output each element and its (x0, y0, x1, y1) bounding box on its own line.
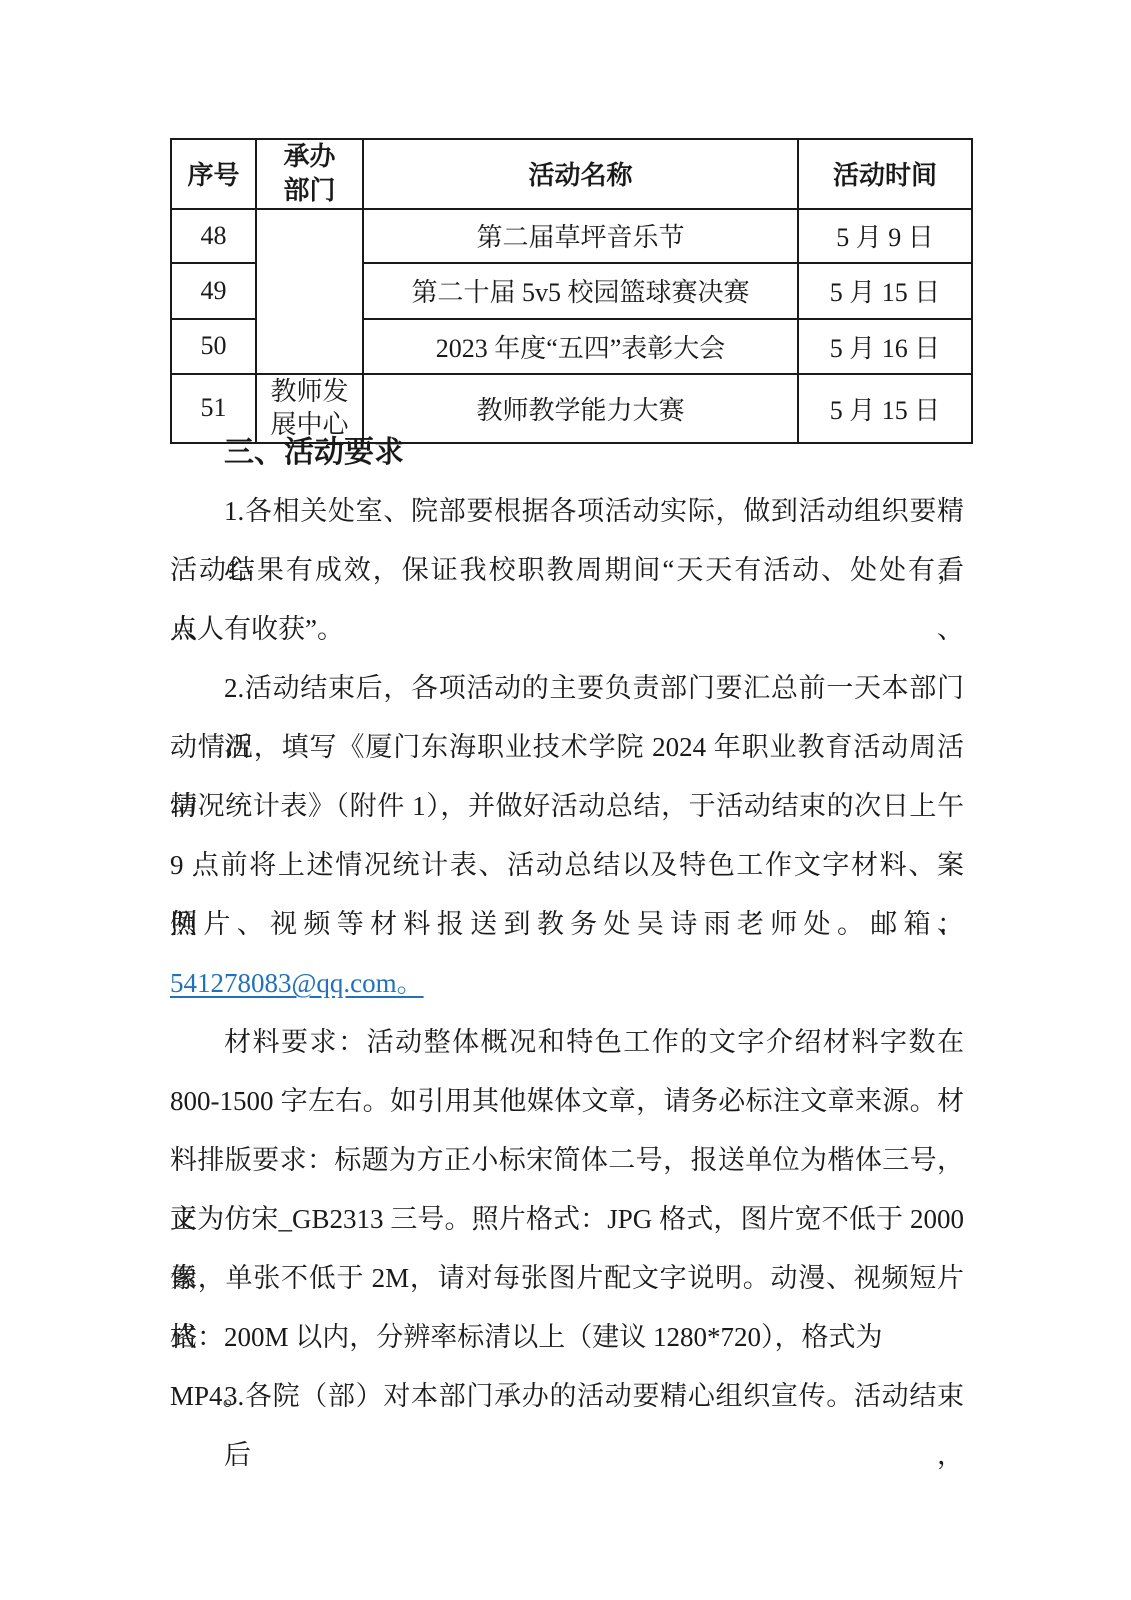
text-line: 文为仿宋_GB2313 三号。照片格式：JPG 格式，图片宽不低于 2000 像 (170, 1190, 964, 1249)
text-line: 9 点前将上述情况统计表、活动总结以及特色工作文字材料、案例、 (170, 836, 964, 895)
activity-schedule-table: 序号 承办部门 活动名称 活动时间 48 第二届草坪音乐节 5 月 9 日 49… (170, 138, 973, 444)
text-line: 1.各相关处室、院部要根据各项活动实际，做到活动组织要精心， (170, 482, 964, 541)
cell-activity-time: 5 月 15 日 (798, 263, 972, 319)
section-heading: 三、活动要求 (170, 423, 964, 482)
text-line: 材料要求：活动整体概况和特色工作的文字介绍材料字数在 (170, 1013, 964, 1072)
cell-activity-time: 5 月 16 日 (798, 319, 972, 374)
table-row: 48 第二届草坪音乐节 5 月 9 日 (171, 209, 972, 263)
cell-activity-time: 5 月 9 日 (798, 209, 972, 263)
col-header-time: 活动时间 (798, 139, 972, 209)
text-line: 活动结果有成效，保证我校职教周期间“天天有活动、处处有看点、 (170, 541, 964, 600)
col-header-name: 活动名称 (363, 139, 798, 209)
text-line: 3.各院（部）对本部门承办的活动要精心组织宣传。活动结束后， (170, 1367, 964, 1426)
cell-no: 50 (171, 319, 256, 374)
text-line: 式：200M 以内，分辨率标清以上（建议 1280*720），格式为 MP4。 (170, 1308, 964, 1367)
col-header-dept-label: 承办部门 (283, 140, 337, 208)
col-header-no: 序号 (171, 139, 256, 209)
text-line: 料排版要求：标题为方正小标宋简体二号，报送单位为楷体三号，正 (170, 1131, 964, 1190)
cell-activity-name: 2023 年度“五四”表彰大会 (363, 319, 798, 374)
text-line: 照片、视频等材料报送到教务处吴诗雨老师处。邮箱： (170, 895, 964, 954)
cell-no: 49 (171, 263, 256, 319)
cell-activity-name: 第二届草坪音乐节 (363, 209, 798, 263)
text-line: 素，单张不低于 2M，请对每张图片配文字说明。动漫、视频短片格 (170, 1249, 964, 1308)
table-header-row: 序号 承办部门 活动名称 活动时间 (171, 139, 972, 209)
cell-no: 48 (171, 209, 256, 263)
col-header-dept: 承办部门 (256, 139, 363, 209)
document-body: 三、活动要求 1.各相关处室、院部要根据各项活动实际，做到活动组织要精心， 活动… (170, 423, 964, 1426)
text-line: 2.活动结束后，各项活动的主要负责部门要汇总前一天本部门活 (170, 659, 964, 718)
email-line: 541278083@qq.com。 (170, 954, 964, 1013)
text-line: 动情况，填写《厦门东海职业技术学院 2024 年职业教育活动周活动 (170, 718, 964, 777)
cell-dept-merged (256, 209, 363, 374)
document-page: 序号 承办部门 活动名称 活动时间 48 第二届草坪音乐节 5 月 9 日 49… (0, 0, 1131, 1600)
cell-activity-name: 第二十届 5v5 校园篮球赛决赛 (363, 263, 798, 319)
text-line: 情况统计表》（附件 1），并做好活动总结，于活动结束的次日上午 (170, 777, 964, 836)
email-link[interactable]: 541278083@qq.com。 (170, 968, 424, 998)
text-line: 800-1500 字左右。如引用其他媒体文章，请务必标注文章来源。材 (170, 1072, 964, 1131)
